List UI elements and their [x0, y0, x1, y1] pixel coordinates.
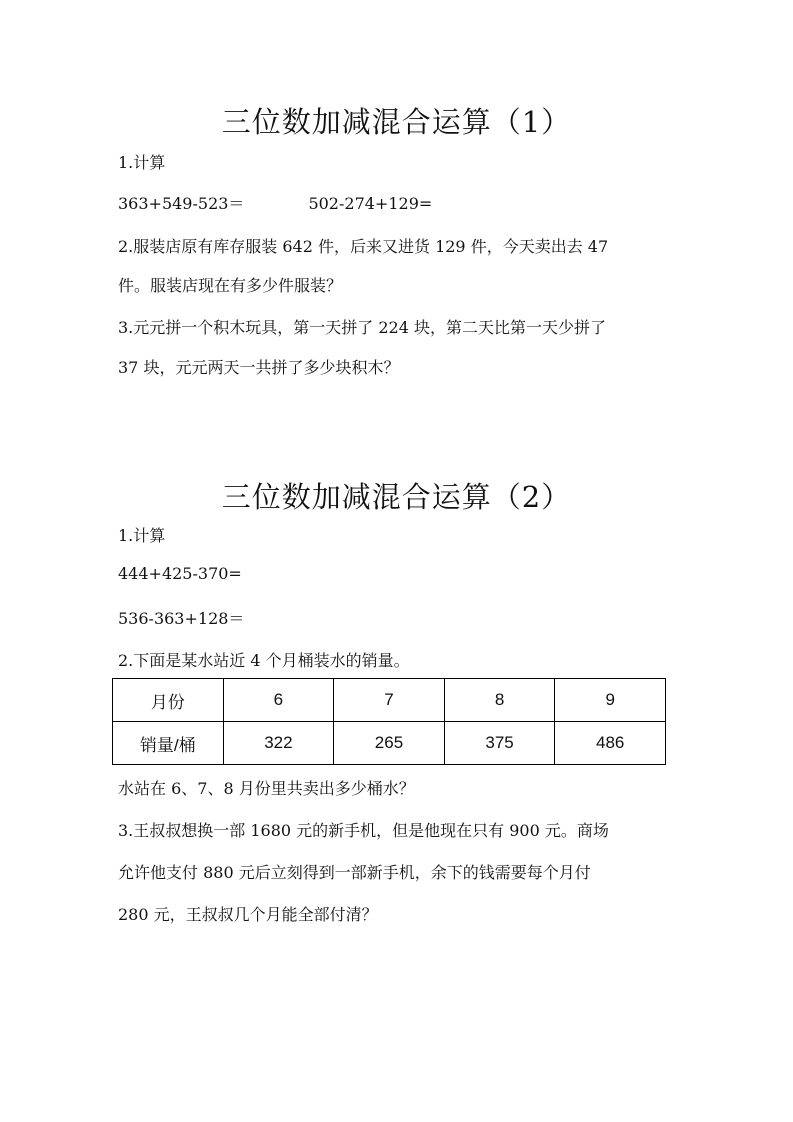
s1-expr-b: 502-274+129= [308, 194, 432, 213]
table-cell: 375 [444, 722, 555, 765]
table-cell: 7 [334, 679, 445, 722]
s1-q3-line1: 3.元元拼一个积木玩具，第一天拼了 224 块，第二天比第一天少拼了 [118, 315, 606, 338]
s2-q2-intro: 2.下面是某水站近 4 个月桶装水的销量。 [118, 648, 410, 671]
s2-q2-question: 水站在 6、7、8 月份里共卖出多少桶水？ [118, 776, 415, 799]
table-cell: 9 [555, 679, 666, 722]
table-row: 销量/桶 322 265 375 486 [113, 722, 666, 765]
section-1-title: 三位数加减混合运算（1） [0, 100, 793, 141]
table-cell: 322 [223, 722, 334, 765]
s2-q1-label: 1.计算 [118, 523, 165, 546]
table-cell: 销量/桶 [113, 722, 224, 765]
table-cell: 8 [444, 679, 555, 722]
table-cell: 6 [223, 679, 334, 722]
table-cell: 486 [555, 722, 666, 765]
s2-expr-a: 444+425-370= [118, 564, 242, 583]
section-2-title: 三位数加减混合运算（2） [0, 475, 793, 516]
s1-q1-expressions: 363+549-523＝502-274+129= [118, 191, 432, 214]
s2-expr-b: 536-363+128＝ [118, 606, 244, 629]
table-cell: 265 [334, 722, 445, 765]
s2-q3-line2: 允许他支付 880 元后立刻得到一部新手机，余下的钱需要每个月付 [118, 860, 591, 883]
s1-q1-label: 1.计算 [118, 150, 165, 173]
s1-q2-line1: 2.服装店原有库存服装 642 件，后来又进货 129 件，今天卖出去 47 [118, 234, 608, 257]
s2-q3-line1: 3.王叔叔想换一部 1680 元的新手机，但是他现在只有 900 元。商场 [118, 818, 609, 841]
table-cell: 月份 [113, 679, 224, 722]
table-header-row: 月份 6 7 8 9 [113, 679, 666, 722]
s2-q3-line3: 280 元，王叔叔几个月能全部付清？ [118, 902, 378, 925]
sales-table: 月份 6 7 8 9 销量/桶 322 265 375 486 [112, 678, 666, 765]
s1-q3-line2: 37 块，元元两天一共拼了多少块积木？ [118, 355, 399, 378]
s1-expr-a: 363+549-523＝ [118, 194, 244, 213]
s1-q2-line2: 件。服装店现在有多少件服装？ [118, 273, 342, 296]
